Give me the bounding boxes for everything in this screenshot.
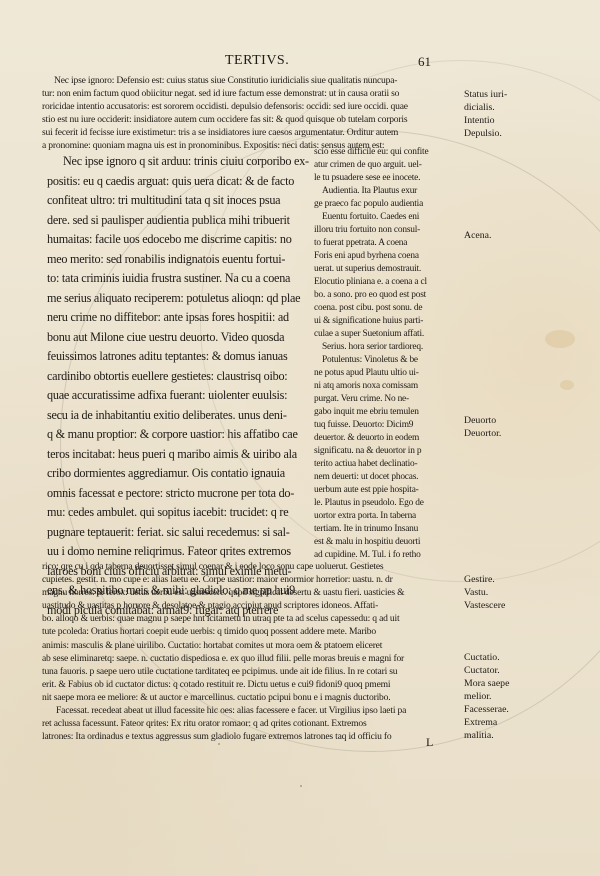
text-line: secu ia de inhabitantiu exitio deliberat… (47, 406, 309, 426)
gloss-line: coena. post cibu. post sonu. de (314, 302, 474, 315)
commentary-line: rico: qre cu i qda taberna deuortisset s… (42, 560, 472, 573)
marginal-note: dicialis. (464, 101, 495, 114)
text-line: positis: eu q caedis arguat: quis uera d… (47, 172, 309, 192)
text-line: dere. sed si paulisper audientia publica… (47, 211, 309, 231)
marginal-note: Intentio (464, 114, 494, 127)
gloss-line: tuq fuisse. Deuorto: Dicim9 (314, 419, 474, 432)
text-line: cardinibo obtortis euellere gestietes: c… (47, 367, 309, 387)
commentary-line: latrones: Ita ordinadus e textus aggress… (42, 730, 472, 743)
commentary-line: Facessat. recedeat abeat ut illud facess… (42, 704, 472, 717)
gloss-column: scio esse difficile eu: qui confiteatur … (314, 146, 474, 562)
text-line: meo merito: sed ronabilis indignatois eu… (47, 250, 309, 270)
gloss-line: Audientia. Ita Plautus exur (314, 185, 474, 198)
paper-speck (300, 785, 302, 787)
folio-number: 61 (418, 54, 431, 70)
text-line: uu i domo nemine reliqrimus. Fateor qrit… (47, 542, 309, 562)
gloss-line: ne potus apud Plautu ultio ui- (314, 367, 474, 380)
commentary-bottom: rico: qre cu i qda taberna deuortisset s… (42, 560, 472, 743)
gloss-line: Elocutio pliniana e. a coena a cl (314, 276, 474, 289)
commentary-line: tuna fauoris. p saepe uero utile cuctati… (42, 665, 472, 678)
marginal-note: Vastu. (464, 586, 488, 599)
marginal-note: Deuorto (464, 414, 496, 427)
marginal-note: Cuctator. (464, 664, 500, 677)
marginal-note: Mora saepe (464, 677, 509, 690)
text-line: me serius aliquato reciperem: potuletus … (47, 289, 309, 309)
commentary-line: magnu horres. & ferox: uetus uerbu est u… (42, 586, 472, 599)
gloss-line: Euentu fortuito. Caedes eni (314, 211, 474, 224)
marginal-note: Facesserae. (464, 703, 509, 716)
commentary-line: erit. & Fabius ob id cuctator dictus: q … (42, 678, 472, 691)
gloss-line: deuertor. & deuorto in eodem (314, 432, 474, 445)
gloss-line: uerat. ut superius demostrauit. (314, 263, 474, 276)
gloss-line: to fuerat ppetrata. A coena (314, 237, 474, 250)
commentary-line: roricidae intentio accusatoris: est soro… (42, 100, 462, 113)
commentary-line: cupietes. gestit. n. mo cupe e: alias la… (42, 573, 472, 586)
commentary-line: uastitudo & uastitas p horrore & desolat… (42, 599, 472, 612)
commentary-top: Nec ipse ignoro: Defensio est: cuius sta… (42, 74, 462, 153)
text-line: q & manu proptior: & corpore uastior: hi… (47, 425, 309, 445)
main-text: Nec ipse ignoro q sit arduu: trinis ciui… (47, 152, 309, 620)
gloss-line: terito actiua habet declinatio- (314, 458, 474, 471)
gloss-line: tertiam. Ite in trinumo Insanu (314, 523, 474, 536)
gloss-line: uerbum aute est ppie hospita- (314, 484, 474, 497)
marginal-note: melior. (464, 690, 491, 703)
gloss-line: le tu psuadere sese ee inocete. (314, 172, 474, 185)
gloss-line: gabo inquit me ebriu temulen (314, 406, 474, 419)
gloss-line: bo. a sono. pro eo quod est post (314, 289, 474, 302)
gloss-line: Foris eni apud byrhena coena (314, 250, 474, 263)
marginal-note: Extrema (464, 716, 497, 729)
commentary-line: tur: non enim factum quod obiicitur nega… (42, 87, 462, 100)
text-line: omnis facessat e pectore: stricto mucron… (47, 484, 309, 504)
gloss-line: Potulentus: Vinoletus & be (314, 354, 474, 367)
text-line: Nec ipse ignoro q sit arduu: trinis ciui… (47, 152, 309, 172)
text-line: cribo dormientes aggrediamur. Ois contat… (47, 464, 309, 484)
gloss-line: ui & significatione huius parti- (314, 315, 474, 328)
text-line: neru crime no diffitebor: ante ipsas for… (47, 308, 309, 328)
marginal-note: Vastescere (464, 599, 505, 612)
commentary-line: Nec ipse ignoro: Defensio est: cuius sta… (42, 74, 462, 87)
gloss-line: le. Plautus in pseudolo. Ego de (314, 497, 474, 510)
gloss-line: atur crimen de quo arguit. uel- (314, 159, 474, 172)
running-head-title: TERTIVS. (225, 53, 289, 69)
gloss-line: ni atq amoris noxa comissam (314, 380, 474, 393)
text-line: pugnare teptauerit: feriat. sic salui re… (47, 523, 309, 543)
text-line: feuissimos latrones aditu teptantes: & d… (47, 347, 309, 367)
text-line: to: tata criminis iuidia frustra sustine… (47, 269, 309, 289)
marginal-note: Acena. (464, 229, 491, 242)
gloss-line: significatu. na & deuortor in p (314, 445, 474, 458)
gloss-line: est & malu in hospitiu deuorti (314, 536, 474, 549)
commentary-line: stio est nu iure occiderit: insidiatore … (42, 113, 462, 126)
text-line: mu: cedes ambulet. qui sopitus iacebit: … (47, 503, 309, 523)
gloss-line: Serius. hora serior tardioreq. (314, 341, 474, 354)
gloss-line: ge praeco fac populo audientia (314, 198, 474, 211)
gloss-line: scio esse difficile eu: qui confite (314, 146, 474, 159)
commentary-line: ab sese eliminaretq: saepe. n. cuctatio … (42, 652, 472, 665)
gloss-line: illoru triu fortuito non consul- (314, 224, 474, 237)
gloss-line: culae a super Suetonium affati. (314, 328, 474, 341)
marginal-notes: Status iuri-dicialis.IntentioDepulsio.Ac… (464, 0, 584, 876)
book-page: TERTIVS. 61 Nec ipse ignoro: Defensio es… (0, 0, 600, 876)
commentary-line: animis: masculis & plane uirilibo. Cucta… (42, 639, 472, 652)
gloss-line: uortor extra porta. In taberna (314, 510, 474, 523)
marginal-note: Cuctatio. (464, 651, 500, 664)
commentary-line: nit saepe mora ee meliore: & ut auctor e… (42, 691, 472, 704)
commentary-line: bo. alloqo & uerbis: quae magnu p saepe … (42, 612, 472, 625)
marginal-note: Gestire. (464, 573, 495, 586)
text-line: confiteat ultro: tri multitudini tata q … (47, 191, 309, 211)
text-line: humaitas: facile uos edocebo me discrime… (47, 230, 309, 250)
marginal-note: Depulsio. (464, 127, 502, 140)
marginal-note: Status iuri- (464, 88, 507, 101)
text-line: quae accuratissime adfixa fuerant: uiole… (47, 386, 309, 406)
text-line: bonu aut Milone ciue uestru deuorto. Vid… (47, 328, 309, 348)
commentary-line: sui fecerit id fecisse iure existimetur:… (42, 126, 462, 139)
signature-mark: L (426, 735, 433, 750)
marginal-note: malitia. (464, 729, 494, 742)
commentary-line: tute pcoleda: Oratius hortari coepit eud… (42, 625, 472, 638)
commentary-line: ret aclussa facessunt. Fateor qrites: Ex… (42, 717, 472, 730)
gloss-line: nem deuerti: ut docet phocas. (314, 471, 474, 484)
marginal-note: Deuortor. (464, 427, 501, 440)
gloss-line: purgat. Veru crime. No ne- (314, 393, 474, 406)
text-line: teros incitabat: heus pueri q maribo aim… (47, 445, 309, 465)
